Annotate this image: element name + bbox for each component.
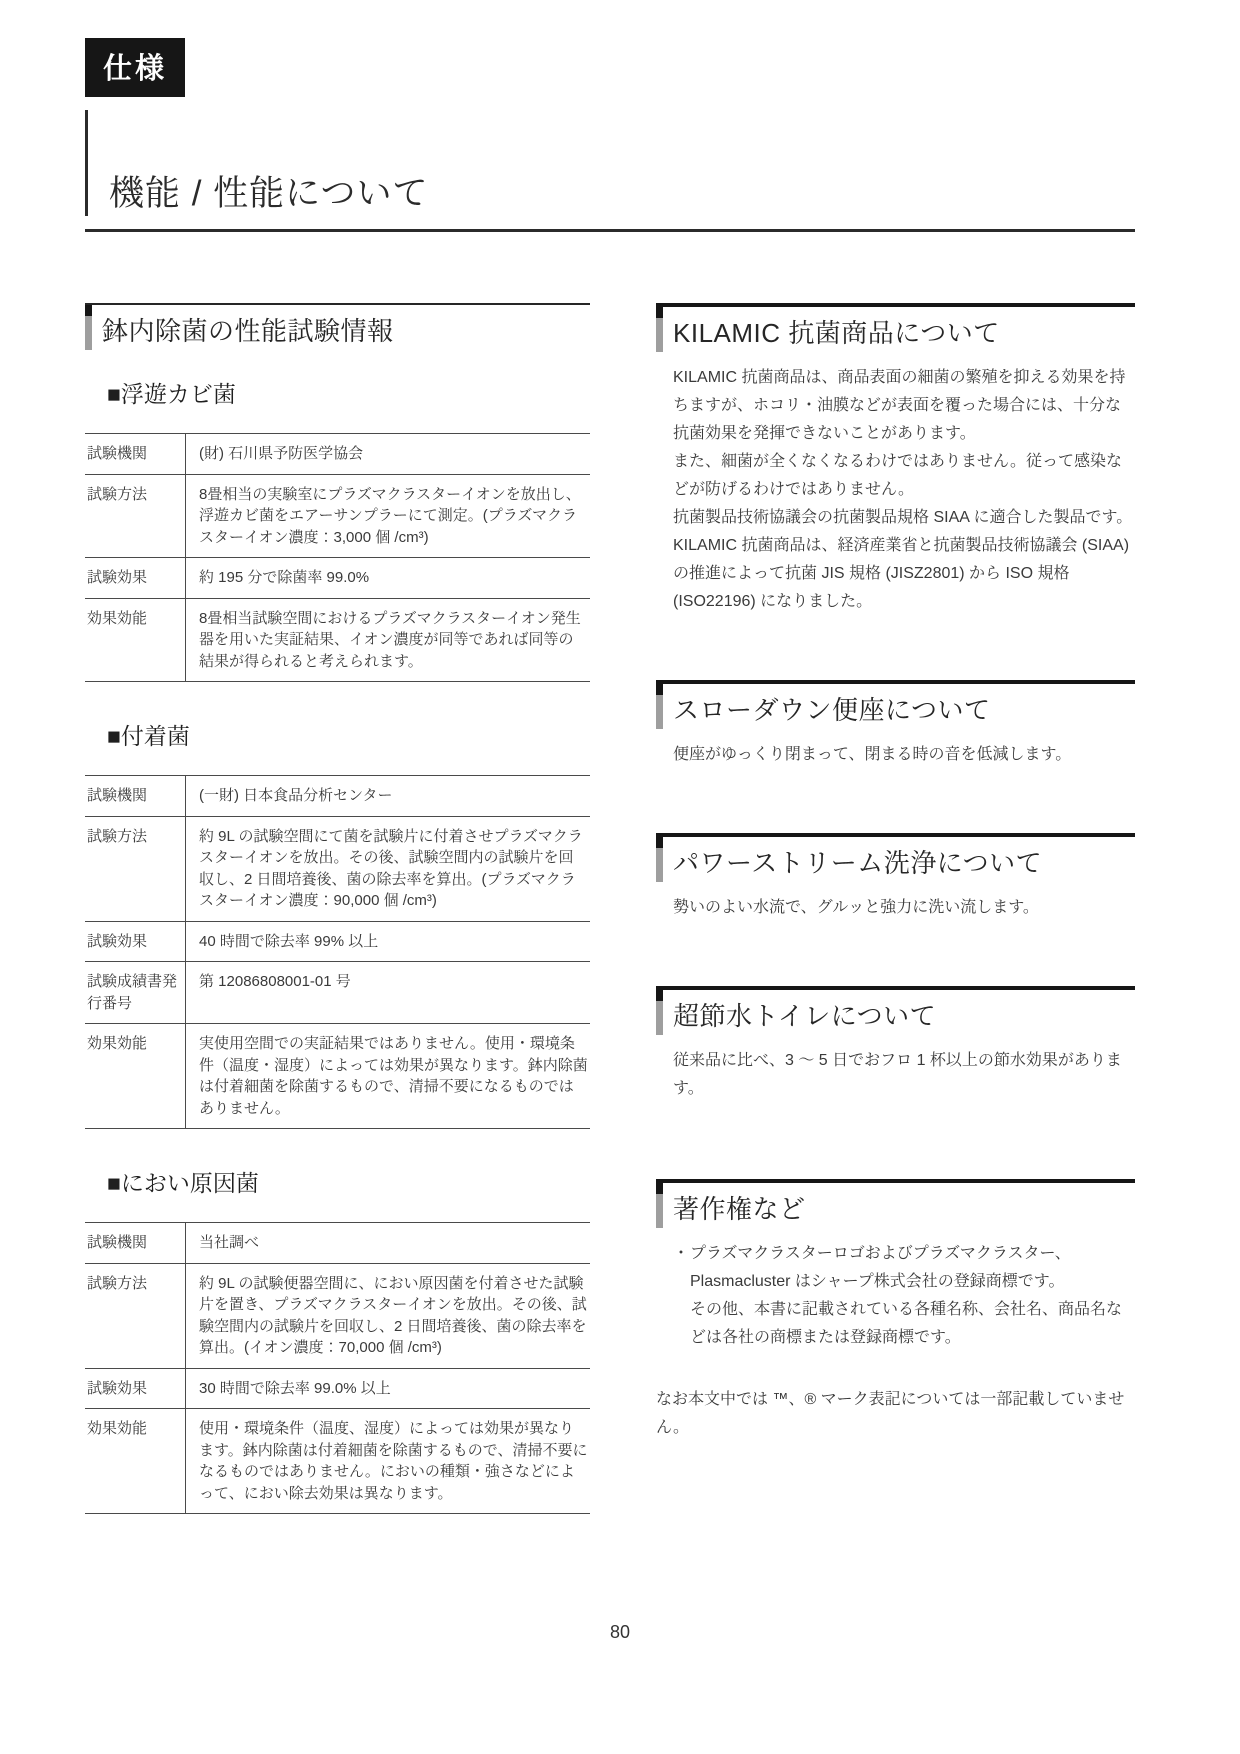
copyright-item: ・ プラズマクラスターロゴおよびプラズマクラスター、Plasmacluster … [673,1240,1135,1296]
paragraph: KILAMIC 抗菌商品は、経済産業省と抗菌製品技術協議会 (SIAA) の推進… [673,532,1135,616]
paragraph: 勢いのよい水流で、グルッと強力に洗い流します。 [673,894,1135,922]
subsection-title-odor-bacteria: ■におい原因菌 [107,1165,590,1198]
section-body: 従来品に比べ、3 〜 5 日でおフロ 1 杯以上の節水効果があります。 [673,1047,1135,1103]
table-row: 試験方法 約 9L の試験便器空間に、におい原因菌を付着させた試験片を置き、プラ… [85,1264,590,1369]
row-label: 試験機関 [85,1223,185,1263]
row-label: 試験方法 [85,1264,185,1368]
subsection-title-airborne-mold: ■浮遊カビ菌 [107,376,590,409]
bullet-marker [673,1296,690,1352]
row-value: 8畳相当の実験室にプラズマクラスターイオンを放出し、浮遊カビ菌をエアーサンプラー… [185,475,590,558]
section-body: ・ プラズマクラスターロゴおよびプラズマクラスター、Plasmacluster … [673,1240,1135,1352]
section-heading-kilamic: KILAMIC 抗菌商品について [656,303,1135,350]
table-row: 試験機関 (財) 石川県予防医学協会 [85,434,590,475]
subsection-title-adhered-bacteria: ■付着菌 [107,718,590,751]
page-title-rule: 機能 / 性能について [85,110,1135,216]
section-title-slowdown-seat: スローダウン便座について [673,690,1135,727]
row-label: 試験方法 [85,475,185,558]
row-value: 8畳相当試験空間におけるプラズマクラスターイオン発生器を用いた実証結果、イオン濃… [185,599,590,682]
section-marker-bar [656,837,663,882]
table-row: 試験方法 8畳相当の実験室にプラズマクラスターイオンを放出し、浮遊カビ菌をエアー… [85,475,590,559]
paragraph: 抗菌製品技術協議会の抗菌製品規格 SIAA に適合した製品です。 [673,504,1135,532]
row-label: 試験機関 [85,434,185,474]
row-value: (財) 石川県予防医学協会 [185,434,590,474]
row-label: 試験成績書発行番号 [85,962,185,1023]
table-row: 試験効果 40 時間で除去率 99% 以上 [85,922,590,963]
trademark-note-wrap: なお本文中では ™、® マーク表記については一部記載していません。 [656,1386,1135,1442]
page-title-block: 機能 / 性能について [85,110,1135,232]
section-heading-bowl-sterilization: 鉢内除菌の性能試験情報 [85,303,590,348]
table-row: 試験効果 30 時間で除去率 99.0% 以上 [85,1369,590,1410]
section-body: KILAMIC 抗菌商品は、商品表面の細菌の繁殖を抑える効果を持ちますが、ホコリ… [673,364,1135,616]
section-body: 勢いのよい水流で、グルッと強力に洗い流します。 [673,894,1135,922]
table-row: 試験方法 約 9L の試験空間にて菌を試験片に付着させプラズマクラスターイオンを… [85,817,590,922]
table-row: 効果効能 使用・環境条件（温度、湿度）によっては効果が異なります。鉢内除菌は付着… [85,1409,590,1514]
table-odor-bacteria: 試験機関 当社調べ 試験方法 約 9L の試験便器空間に、におい原因菌を付着させ… [85,1222,590,1514]
section-heading-water-saving: 超節水トイレについて [656,986,1135,1033]
page-title: 機能 / 性能について [109,166,1135,216]
section-title-bowl-sterilization: 鉢内除菌の性能試験情報 [102,311,590,348]
bullet-marker: ・ [673,1240,690,1296]
paragraph: KILAMIC 抗菌商品は、商品表面の細菌の繁殖を抑える効果を持ちますが、ホコリ… [673,364,1135,448]
row-label: 試験効果 [85,1369,185,1409]
section-marker-bar [85,305,92,350]
table-row: 試験機関 当社調べ [85,1223,590,1264]
row-value: 第 12086808001-01 号 [185,962,590,1023]
section-powerstream-flush: パワーストリーム洗浄について 勢いのよい水流で、グルッと強力に洗い流します。 [656,833,1135,922]
spec-badge: 仕様 [85,38,185,97]
row-value: 約 9L の試験便器空間に、におい原因菌を付着させた試験片を置き、プラズマクラス… [185,1264,590,1368]
section-heading-copyright: 著作権など [656,1179,1135,1226]
section-heading-powerstream: パワーストリーム洗浄について [656,833,1135,880]
section-title-kilamic: KILAMIC 抗菌商品について [673,313,1135,350]
section-body: 便座がゆっくり閉まって、閉まる時の音を低減します。 [673,741,1135,769]
section-copyright: 著作権など ・ プラズマクラスターロゴおよびプラズマクラスター、Plasmacl… [656,1179,1135,1442]
row-label: 効果効能 [85,1409,185,1513]
section-title-water-saving: 超節水トイレについて [673,996,1135,1033]
section-heading-slowdown-seat: スローダウン便座について [656,680,1135,727]
row-value: 約 9L の試験空間にて菌を試験片に付着させプラズマクラスターイオンを放出。その… [185,817,590,921]
section-marker-bar [656,990,663,1035]
row-label: 試験方法 [85,817,185,921]
row-label: 試験効果 [85,558,185,598]
section-water-saving-toilet: 超節水トイレについて 従来品に比べ、3 〜 5 日でおフロ 1 杯以上の節水効果… [656,986,1135,1103]
row-value: (一財) 日本食品分析センター [185,776,590,816]
section-slowdown-seat: スローダウン便座について 便座がゆっくり閉まって、閉まる時の音を低減します。 [656,680,1135,769]
paragraph: プラズマクラスターロゴおよびプラズマクラスター、Plasmacluster はシ… [690,1240,1135,1296]
paragraph: また、細菌が全くなくなるわけではありません。従って感染などが防げるわけではありま… [673,448,1135,504]
row-value: 約 195 分で除菌率 99.0% [185,558,590,598]
row-label: 試験機関 [85,776,185,816]
row-value: 30 時間で除去率 99.0% 以上 [185,1369,590,1409]
section-marker-bar [656,684,663,729]
row-label: 試験効果 [85,922,185,962]
row-label: 効果効能 [85,599,185,682]
section-marker-bar [656,1183,663,1228]
page-number: 80 [0,1622,1240,1643]
manual-page: 仕様 機能 / 性能について 鉢内除菌の性能試験情報 ■浮遊カビ菌 試験機関 (… [0,0,1240,1754]
paragraph: その他、本書に記載されている各種名称、会社名、商品名などは各社の商標または登録商… [690,1296,1135,1352]
trademark-note: なお本文中では ™、® マーク表記については一部記載していません。 [656,1386,1135,1442]
paragraph: 便座がゆっくり閉まって、閉まる時の音を低減します。 [673,741,1135,769]
left-column: 鉢内除菌の性能試験情報 ■浮遊カビ菌 試験機関 (財) 石川県予防医学協会 試験… [85,303,590,1514]
row-value: 使用・環境条件（温度、湿度）によっては効果が異なります。鉢内除菌は付着細菌を除菌… [185,1409,590,1513]
section-title-copyright: 著作権など [673,1189,1135,1226]
table-row: 効果効能 実使用空間での実証結果ではありません。使用・環境条件（温度・湿度）によ… [85,1024,590,1129]
table-airborne-mold: 試験機関 (財) 石川県予防医学協会 試験方法 8畳相当の実験室にプラズマクラス… [85,433,590,682]
row-value: 当社調べ [185,1223,590,1263]
paragraph: 従来品に比べ、3 〜 5 日でおフロ 1 杯以上の節水効果があります。 [673,1047,1135,1103]
copyright-item: その他、本書に記載されている各種名称、会社名、商品名などは各社の商標または登録商… [673,1296,1135,1352]
right-column: KILAMIC 抗菌商品について KILAMIC 抗菌商品は、商品表面の細菌の繁… [656,303,1135,1442]
section-title-powerstream: パワーストリーム洗浄について [673,843,1135,880]
table-adhered-bacteria: 試験機関 (一財) 日本食品分析センター 試験方法 約 9L の試験空間にて菌を… [85,775,590,1129]
section-kilamic-antibacterial: KILAMIC 抗菌商品について KILAMIC 抗菌商品は、商品表面の細菌の繁… [656,303,1135,616]
section-marker-bar [656,307,663,352]
row-value: 実使用空間での実証結果ではありません。使用・環境条件（温度・湿度）によっては効果… [185,1024,590,1128]
row-label: 効果効能 [85,1024,185,1128]
table-row: 効果効能 8畳相当試験空間におけるプラズマクラスターイオン発生器を用いた実証結果… [85,599,590,683]
table-row: 試験効果 約 195 分で除菌率 99.0% [85,558,590,599]
row-value: 40 時間で除去率 99% 以上 [185,922,590,962]
table-row: 試験機関 (一財) 日本食品分析センター [85,776,590,817]
table-row: 試験成績書発行番号 第 12086808001-01 号 [85,962,590,1024]
